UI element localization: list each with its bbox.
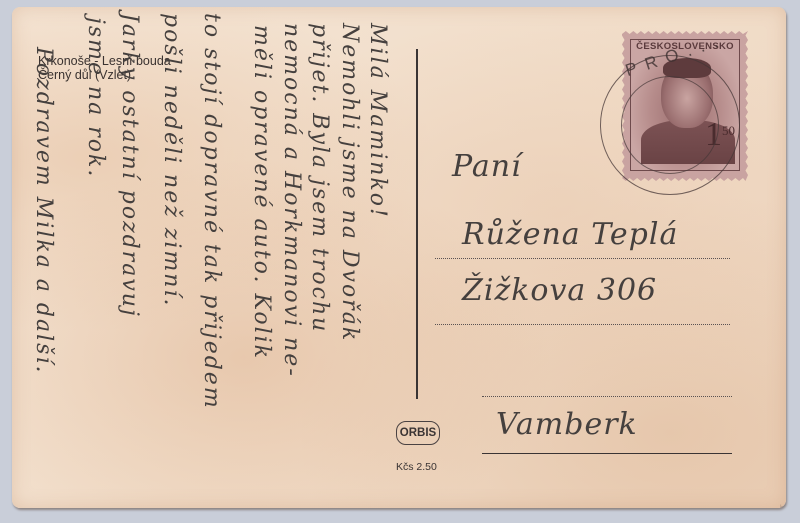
publisher-logo: ORBIS bbox=[396, 421, 440, 445]
address-street: Žižkova 306 bbox=[462, 273, 657, 308]
message-line: měli opravené auto. Kolik bbox=[249, 25, 274, 360]
address-line-1 bbox=[435, 258, 730, 259]
caption-line-1: Krkonoše - Lesní bouda - bbox=[38, 54, 178, 68]
printed-caption: Krkonoše - Lesní bouda - Černý důl (Vzle… bbox=[38, 54, 178, 82]
address-line-3 bbox=[482, 396, 732, 397]
address-line-city bbox=[482, 453, 732, 454]
message-line: Milá Maminko! bbox=[365, 23, 390, 219]
address-line-2 bbox=[435, 324, 730, 325]
message-line: jsme na rok. bbox=[83, 17, 108, 178]
message-line: pošli neděli než zimní. bbox=[159, 13, 184, 308]
message-line: Pozdravem Milka a další. bbox=[31, 47, 56, 374]
address-city: Vamberk bbox=[496, 407, 638, 442]
price-label: Kčs 2.50 bbox=[396, 461, 437, 473]
center-divider bbox=[416, 49, 418, 399]
message-line: přijet. Byla jsem trochu bbox=[307, 23, 332, 333]
postcard-back: Krkonoše - Lesní bouda - Černý důl (Vzle… bbox=[12, 7, 786, 508]
postmark-icon: PRO... bbox=[600, 55, 740, 195]
address-name: Růžena Teplá bbox=[462, 217, 678, 252]
message-line: to stojí dopravné tak přijedem bbox=[199, 13, 224, 410]
message-line: Jarky ostatní pozdravuj bbox=[117, 13, 142, 318]
caption-line-2: Černý důl (Vzlet) bbox=[38, 68, 178, 82]
message-line: Nemohli jsme na Dvořák bbox=[337, 23, 362, 342]
postmark-inner-ring bbox=[621, 76, 719, 174]
message-line: nemocná a Horkmanovi ne- bbox=[279, 23, 304, 378]
address-salutation: Paní bbox=[452, 149, 522, 184]
watermark: hippostcard bbox=[780, 505, 786, 508]
